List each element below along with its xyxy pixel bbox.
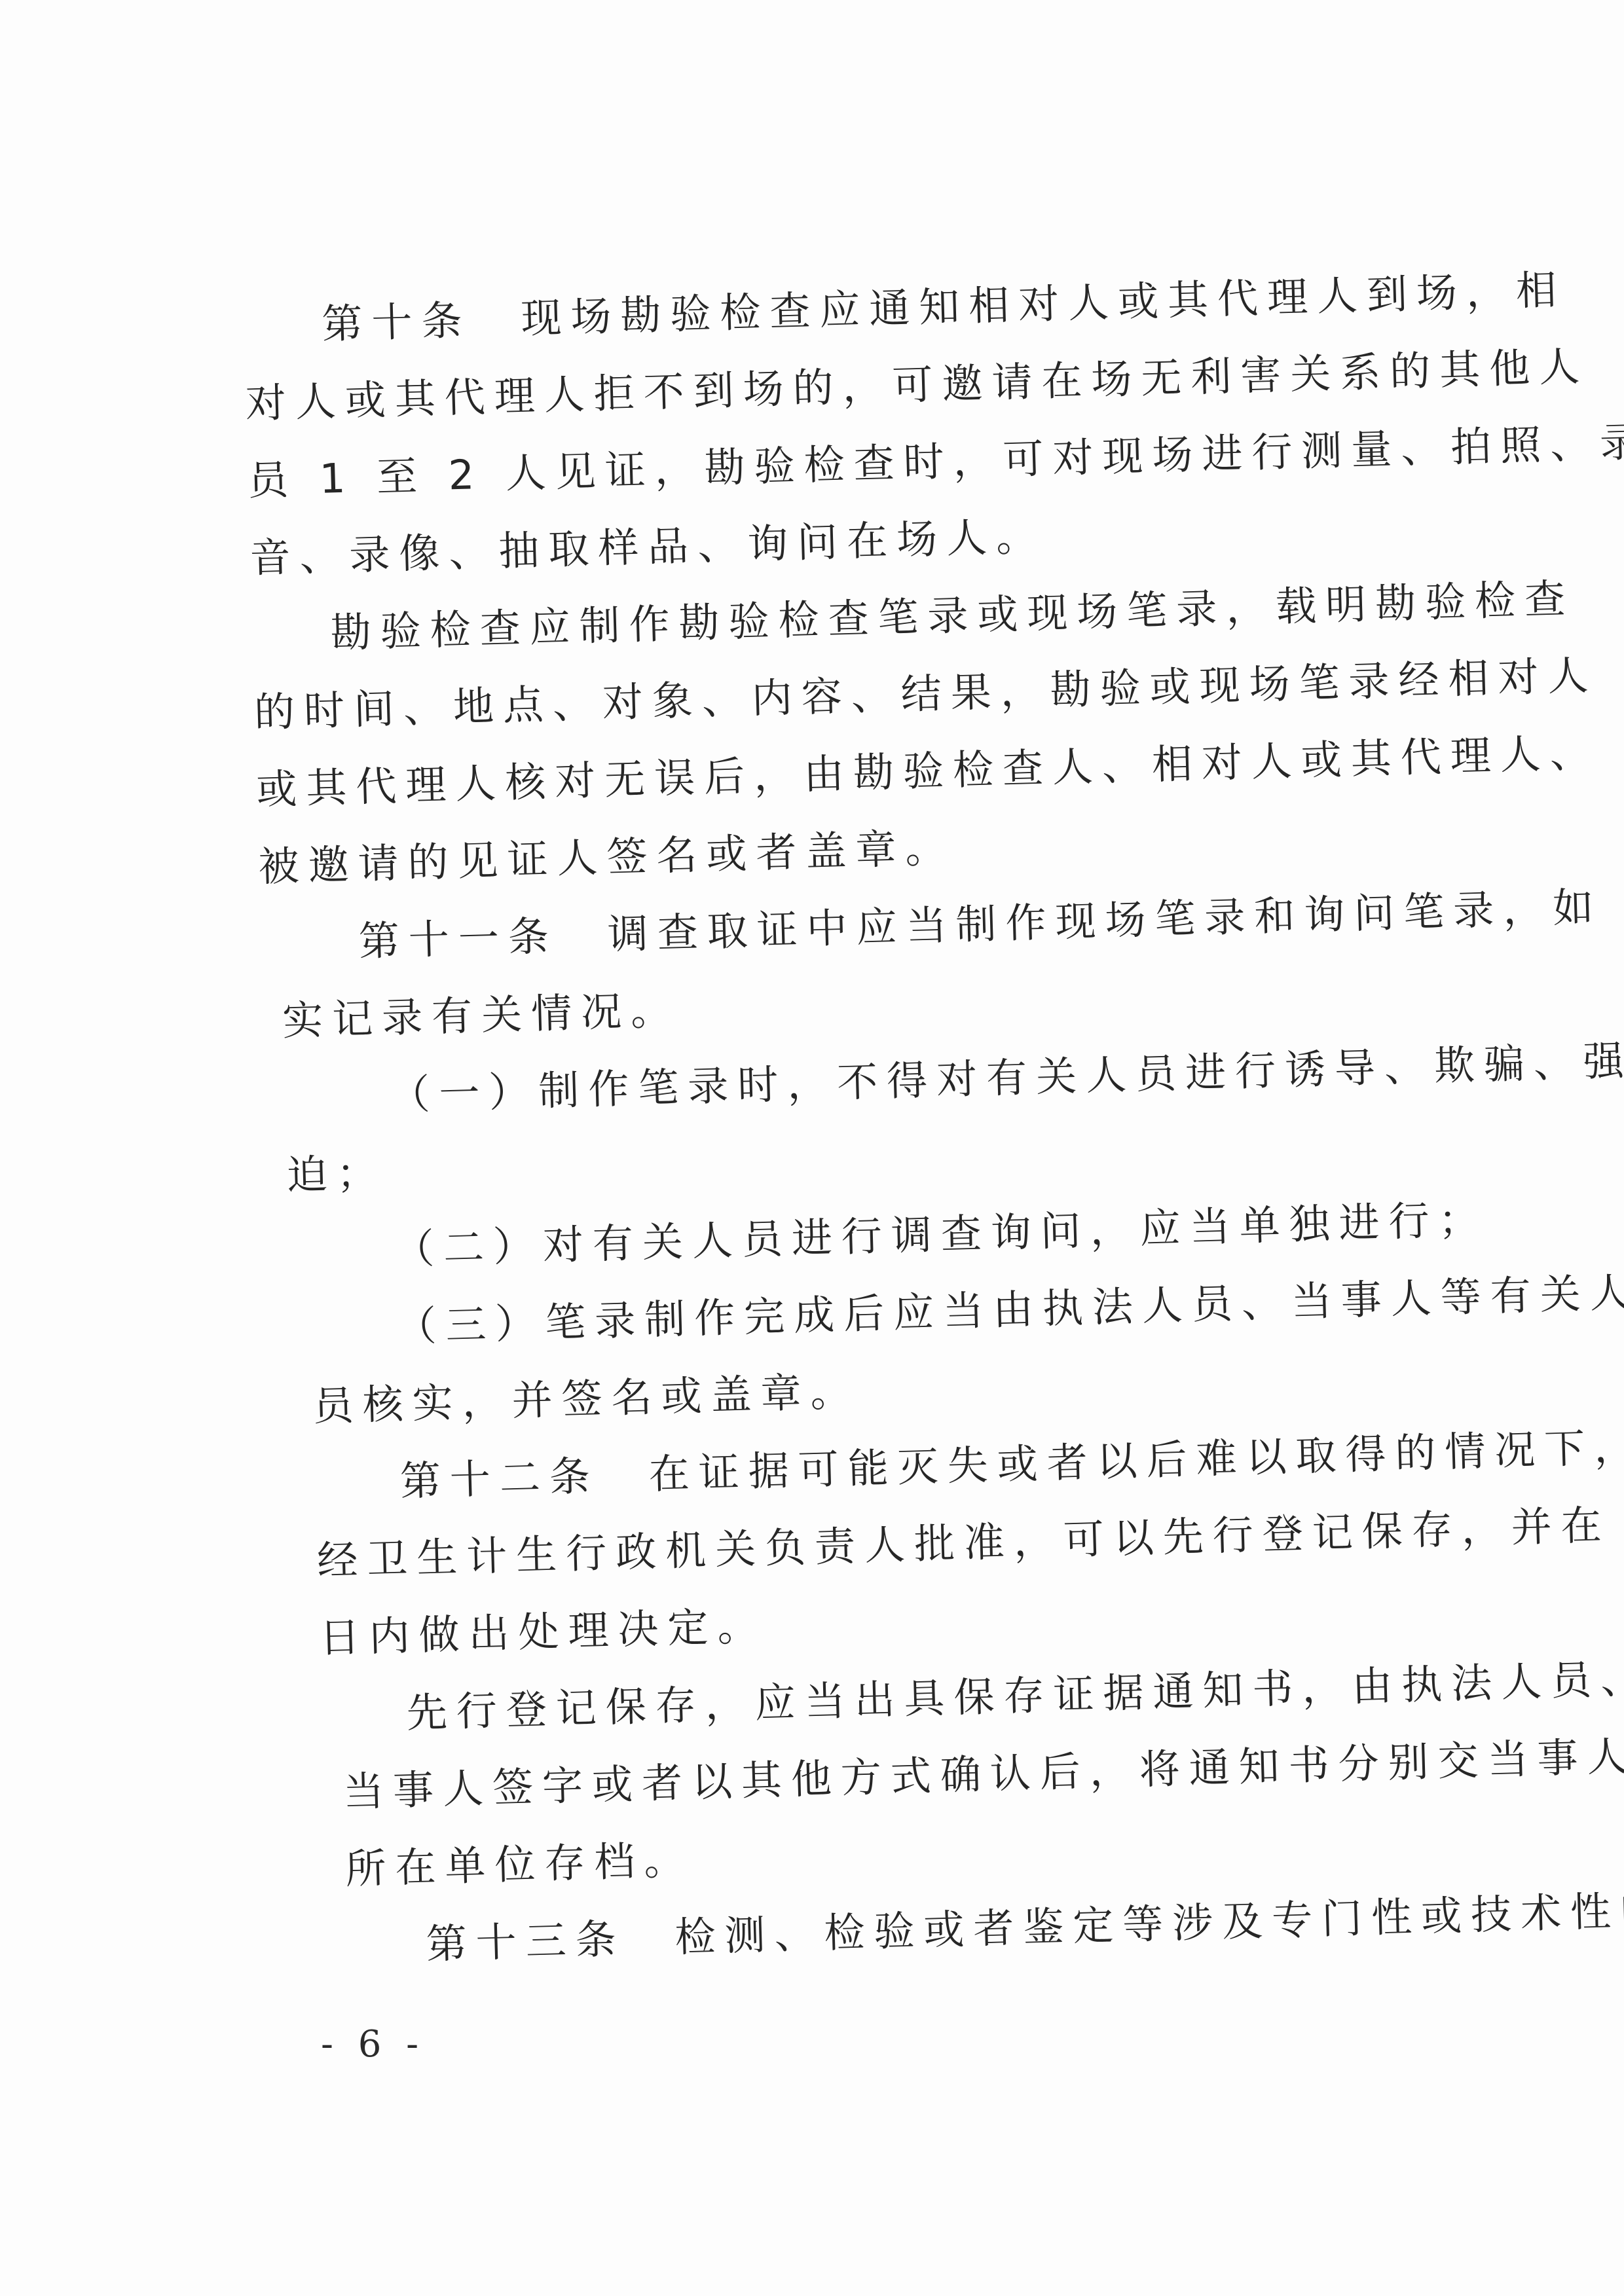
page-number: - 6 - xyxy=(321,2023,425,2066)
document-page: 第十条 现场勘验检查应通知相对人或其代理人到场，相 对人或其代理人拒不到场的，可… xyxy=(0,0,1624,2296)
document-body: 第十条 现场勘验检查应通知相对人或其代理人到场，相 对人或其代理人拒不到场的，可… xyxy=(242,255,1481,1987)
